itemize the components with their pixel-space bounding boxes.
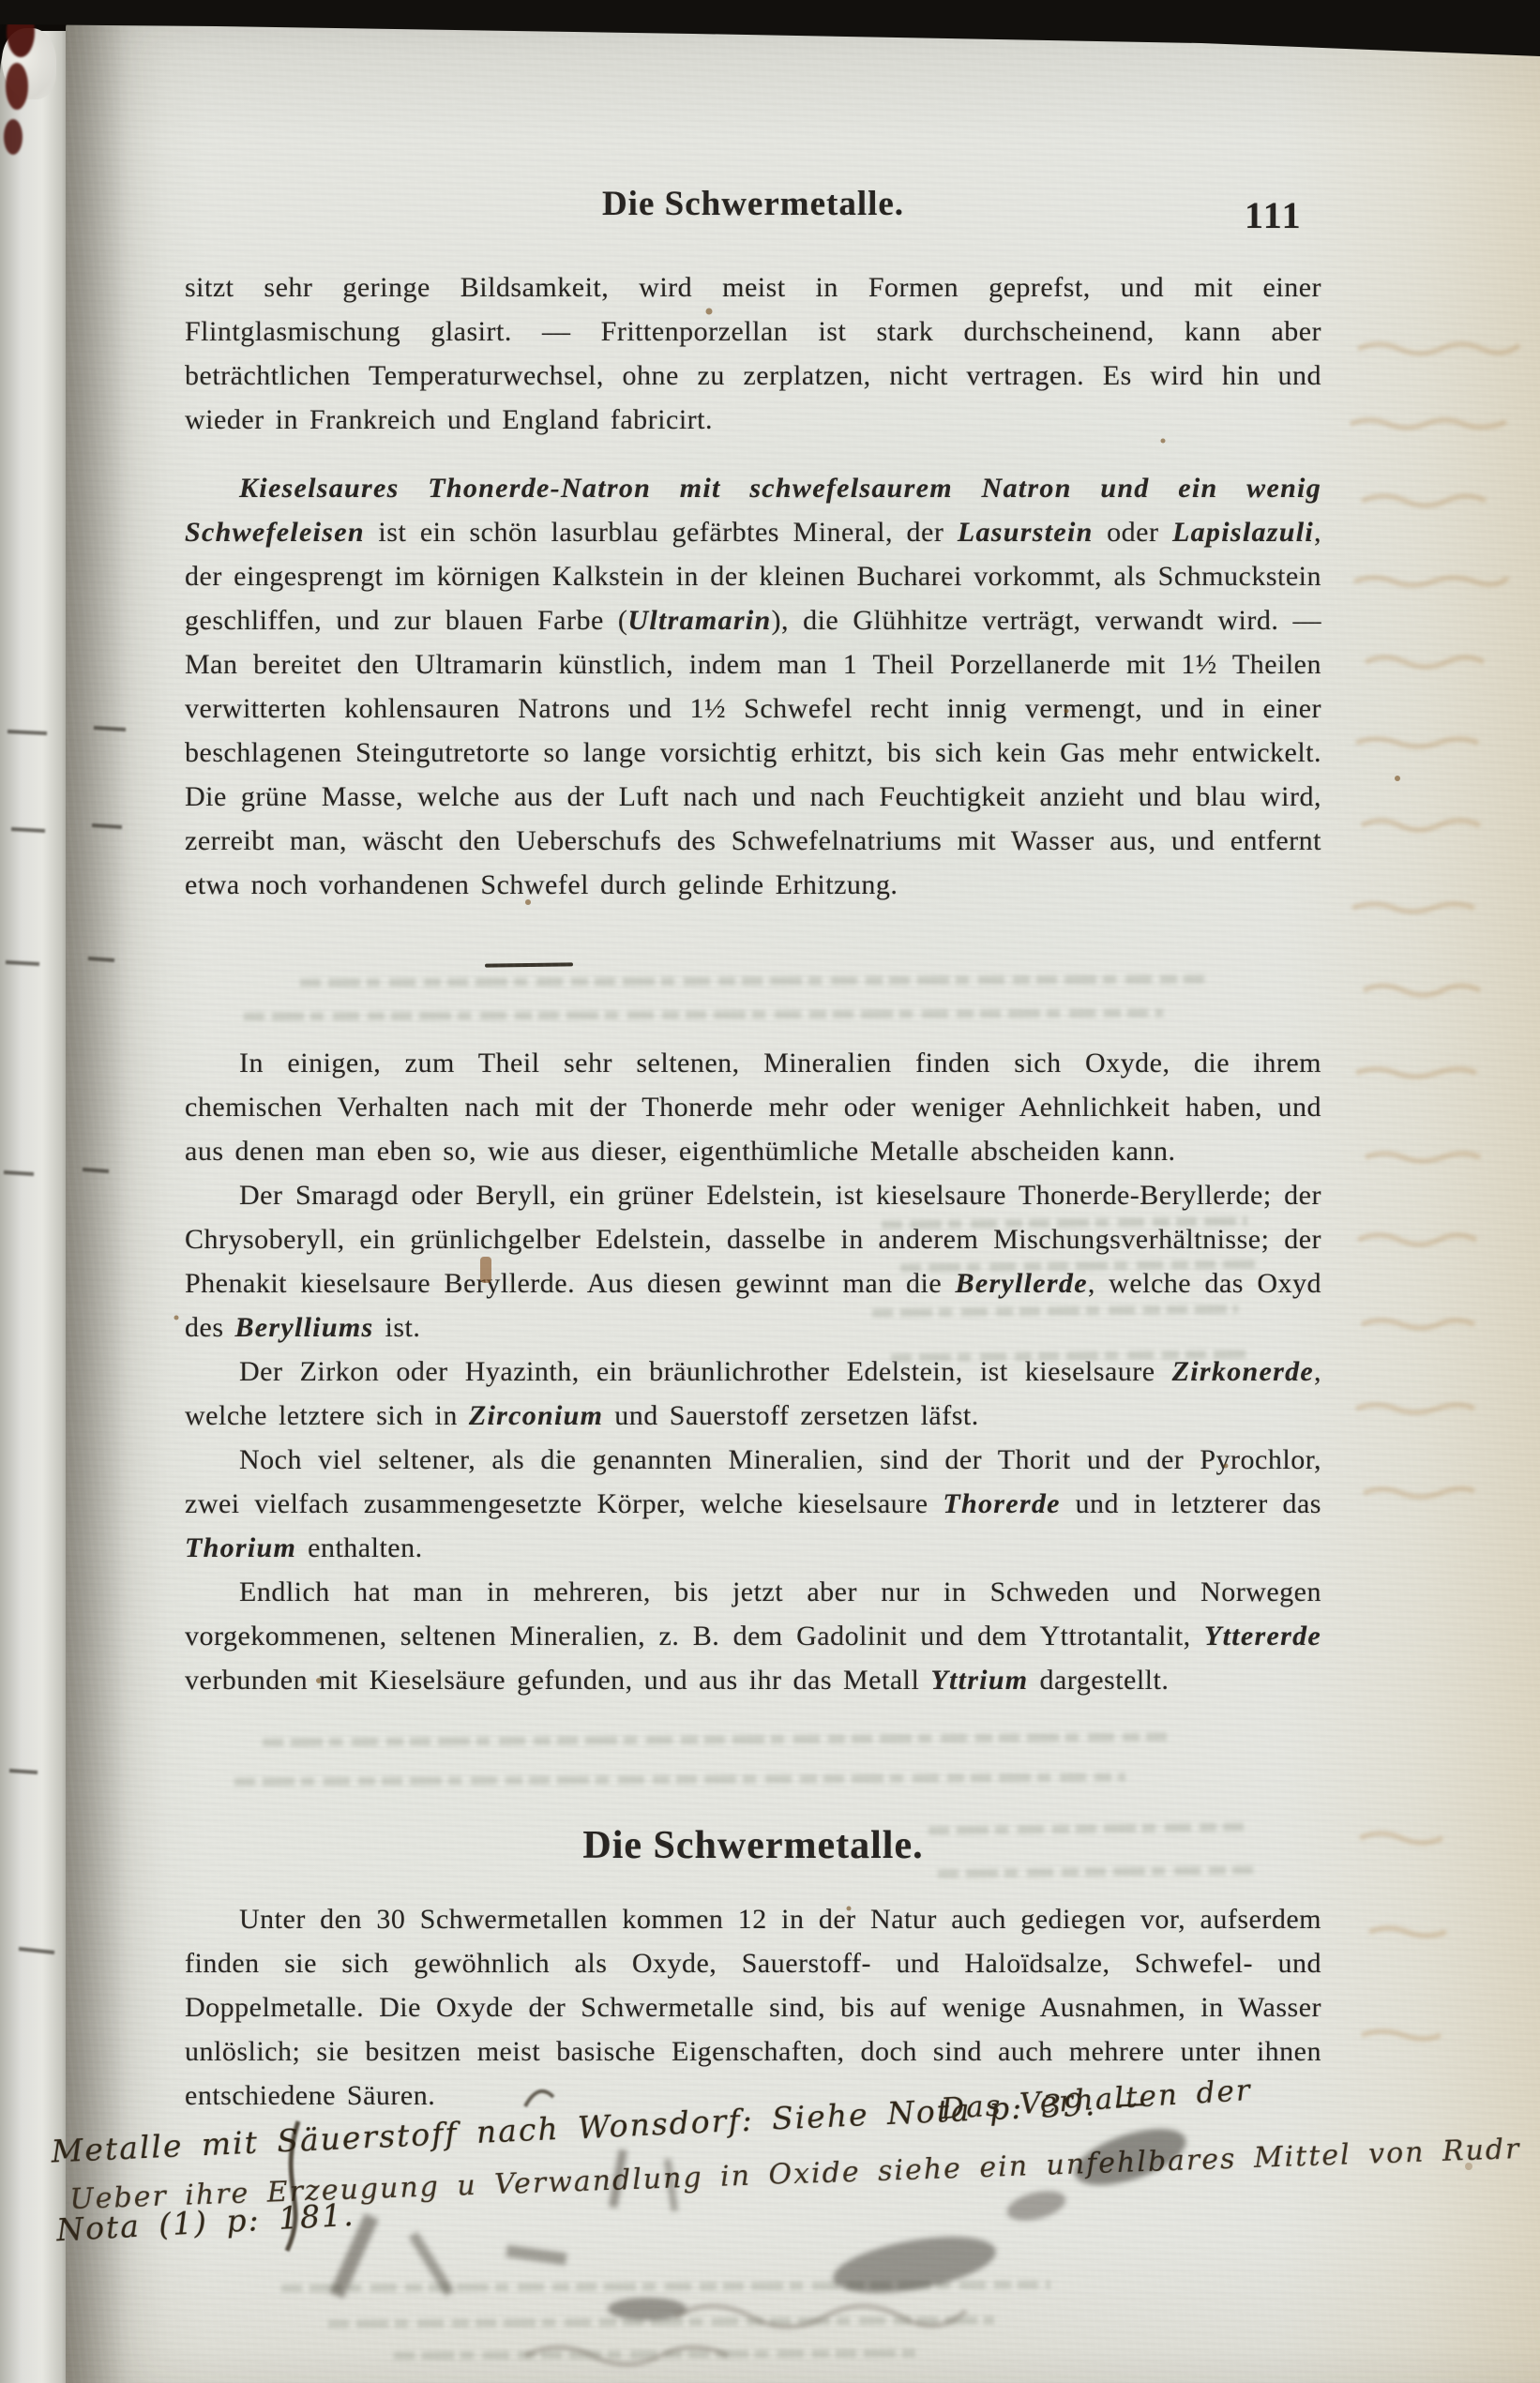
paragraph-yttrium: Endlich hat man in mehreren, bis jetzt a… [185,1570,1321,1702]
page-number: 111 [1245,193,1303,237]
section-heading: Die Schwermetalle. [185,1823,1321,1868]
paragraph-porcelain: sitzt sehr geringe Bildsamkeit, wird mei… [185,265,1321,442]
book-page-scan: Die Schwermetalle. 111 sitzt sehr gering… [0,0,1540,2383]
paragraph-lasurstein: Kieselsaures Thonerde-Natron mit schwefe… [185,466,1321,907]
paragraph-beryll: Der Smaragd oder Beryll, ein grüner Edel… [185,1173,1321,1350]
section-divider-rule [485,962,573,967]
paragraph-oxyde: In einigen, zum Theil sehr seltenen, Min… [185,1041,1321,1173]
paragraph-zirkon: Der Zirkon oder Hyazinth, ein bräunlichr… [185,1350,1321,1438]
paragraph-thorit: Noch viel seltener, als die genannten Mi… [185,1438,1321,1570]
running-header-title: Die Schwermetalle. [185,184,1321,224]
middle-paragraph-block: In einigen, zum Theil sehr seltenen, Min… [185,1041,1321,1702]
page: Die Schwermetalle. 111 sitzt sehr gering… [66,19,1540,2383]
